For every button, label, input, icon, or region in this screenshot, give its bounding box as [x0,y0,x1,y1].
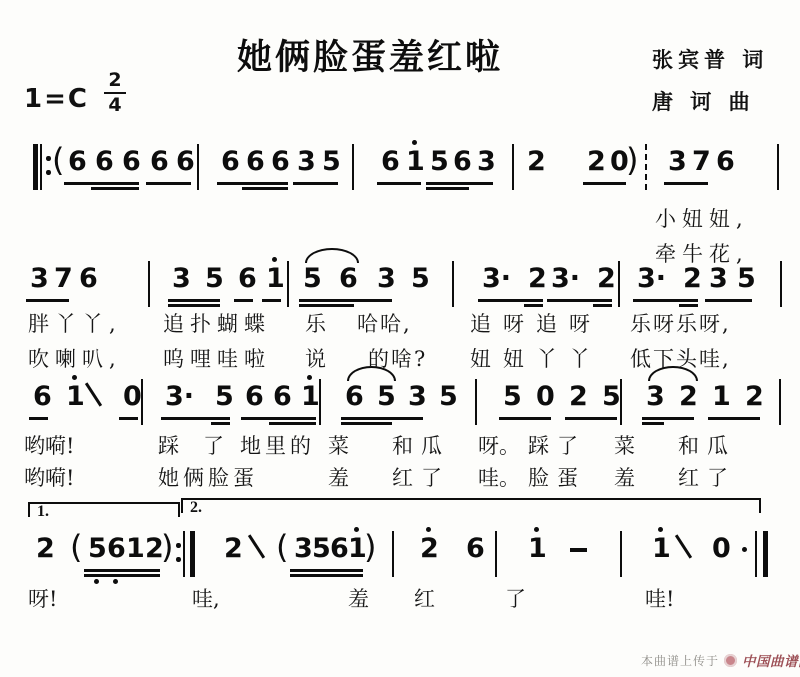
beam-line [290,574,363,577]
note: 6 [466,535,485,562]
barline-bar [287,261,289,307]
credit-composer: 唐 诃 曲 [652,86,755,116]
score-page: 她俩脸蛋羞红啦 张宾普 词 唐 诃 曲 1=C 2 4 (66666666356… [0,0,800,677]
volta-label: 1. [37,503,49,521]
lyric-text: 羞 [614,462,635,492]
note: 7 [692,148,711,175]
beam-line [161,417,230,420]
note: 2 [587,148,606,175]
beam-line [84,574,160,577]
note: 0 [123,383,142,410]
lyric-text: 呀。 [478,430,520,460]
lyric-text: 妞妞丫丫 [470,343,602,373]
note: 3 [294,535,313,562]
note: 6 [381,148,400,175]
note: 5 [322,148,341,175]
beam-line [29,417,48,420]
parenthesis: ) [161,531,173,563]
note: 3· [637,265,666,292]
beam-line [119,417,138,420]
parenthesis: ( [52,144,64,176]
lyric-text: 地里的 [240,430,315,460]
barline-rstart [33,144,38,190]
site-logo-icon [724,654,737,667]
note: 5 [215,383,234,410]
note: 2 [528,265,547,292]
note: 6 [68,148,87,175]
note: 3 [172,265,191,292]
note: 5 [439,383,458,410]
note: 2 [36,535,55,562]
beam-line [547,299,612,302]
note: 3 [408,383,427,410]
note: 2 [679,383,698,410]
beam-line [499,417,551,420]
glissando-mark [675,534,692,558]
lyric-text: 哇! [645,583,674,613]
beam-line [293,182,338,185]
lyric-text: 羞 [328,462,349,492]
note: 3 [297,148,316,175]
barline-rend [190,531,195,577]
note: 2 [597,265,616,292]
beam-line [664,182,708,185]
note: 6 [176,148,195,175]
glissando-mark [248,534,265,558]
lyric-text: 追扑蝴蝶 [163,308,271,338]
beam-line [633,299,698,302]
lyric-text: 哈哈, [357,308,412,338]
parenthesis: ( [276,531,288,563]
barline-bar [452,261,454,307]
note: 1 [66,383,85,410]
meter-numerator: 2 [102,70,128,91]
lyric-text: 吹喇叭, [28,343,122,373]
barline-bar [779,379,781,425]
note: 6 [33,383,52,410]
key-signature: 1=C [24,84,89,114]
note: 5 [303,265,322,292]
lyric-text: 红了 [678,462,736,492]
barline-bar [780,261,782,307]
beam-line [217,182,288,185]
volta-bracket: 2. [181,498,761,513]
lyric-text: 了 [505,583,526,613]
lyric-text: 的啥? [368,343,427,373]
lyric-text: 羞 [348,583,369,613]
lyric-text: 追呀追呀 [470,308,602,338]
note: 6 [453,148,472,175]
volta-bracket: 1. [28,502,180,517]
beam-line [426,182,493,185]
note: 5 [377,383,396,410]
note: 2 [527,148,546,175]
lyric-text: 红 [414,583,435,613]
note: 5 [737,265,756,292]
barline-final [763,531,768,577]
beam-line [26,299,69,302]
note: 3 [646,383,665,410]
note: 1 [652,535,671,562]
note: 6 [339,265,358,292]
site-logo-text: 中国曲谱网 [742,650,800,670]
note: 6 [345,383,364,410]
beam-line [146,182,191,185]
beam-line [168,304,220,307]
watermark-text: 本曲谱上传于 [641,652,719,669]
note: 6 [107,535,126,562]
beam-line [642,417,694,420]
beam-line [299,304,354,307]
lyric-text: 踩 [158,430,179,460]
barline-bar [512,144,514,190]
watermark: 本曲谱上传于 中国曲谱网 [641,650,800,670]
beam-line [565,417,617,420]
note: 3 [709,265,728,292]
barline-bar [618,261,620,307]
beam-line [679,304,698,307]
beam-line [91,187,139,190]
note: 7 [54,265,73,292]
barline-bar [495,531,497,577]
beam-line [168,299,220,302]
lyric-text: 呀! [28,583,57,613]
note: 6 [150,148,169,175]
lyric-text: 哟嗬! [24,430,74,460]
glissando-mark [85,382,102,406]
lyric-text: 牵牛花, [655,238,749,268]
lyric-text: 了 [203,430,224,460]
note: 6 [122,148,141,175]
beam-line [705,299,752,302]
note: 6 [330,535,349,562]
note: 1 [712,383,731,410]
note: 5 [411,265,430,292]
note: 5 [602,383,621,410]
note: 1 [266,265,285,292]
barline-dashed [645,144,647,190]
note: 6 [271,148,290,175]
lyric-text: 和瓜 [392,430,450,460]
lyric-text: 菜 [328,430,349,460]
note: 6 [95,148,114,175]
lyric-text: 呜哩哇啦 [163,343,271,373]
note: 2 [224,535,243,562]
note: 3· [482,265,511,292]
parenthesis: ) [626,144,638,176]
barline-bar [777,144,779,190]
note: 1 [406,148,425,175]
lyric-text: 低下头哇, [630,343,731,373]
note: 0 [712,535,731,562]
duration-dash [570,548,587,552]
note: 5 [88,535,107,562]
beam-line [377,182,421,185]
note: 6 [716,148,735,175]
barline-bar [620,531,622,577]
note: 3 [377,265,396,292]
lyric-text: 踩了 [528,430,586,460]
lyric-text: 哇。 [478,462,520,492]
beam-line [341,422,392,425]
note: 5 [312,535,331,562]
volta-label: 2. [190,499,202,517]
lyric-text: 脸蛋 [528,462,586,492]
note: 1 [301,383,320,410]
barline-bar [392,531,394,577]
lyric-text: 哟嗬! [24,462,74,492]
note: 3· [165,383,194,410]
lyric-text: 和瓜 [678,430,736,460]
beam-line [708,417,760,420]
beam-line [64,182,139,185]
beam-line [426,187,469,190]
note: 3 [668,148,687,175]
note: 2 [569,383,588,410]
beam-line [593,304,612,307]
barline-bar [475,379,477,425]
note: 0 [536,383,555,410]
note: 6 [221,148,240,175]
barline-bar [197,144,199,190]
beam-line [524,304,543,307]
lyric-text: 她俩脸蛋 [158,462,258,492]
barline-bar [352,144,354,190]
beam-line [290,569,363,572]
beam-line [478,299,543,302]
beam-line [234,299,253,302]
note: 2 [745,383,764,410]
credit-lyricist: 张宾普 词 [652,44,768,74]
beam-line [299,299,392,302]
note: 6 [246,148,265,175]
dot-mark [742,547,747,552]
time-signature: 2 4 [102,70,128,116]
lyric-text: 小妞妞, [655,203,749,233]
beam-line [242,187,288,190]
note: 1 [126,535,145,562]
beam-line [84,569,160,572]
meter-denominator: 4 [102,95,128,116]
beam-line [341,417,423,420]
note: 1 [528,535,547,562]
lyric-text: 菜 [614,430,635,460]
beam-line [262,299,281,302]
parenthesis: ( [70,531,82,563]
note: 5 [205,265,224,292]
note: 6 [273,383,292,410]
parenthesis: ) [364,531,376,563]
beam-line [269,422,316,425]
note: 6 [79,265,98,292]
lyric-text: 胖丫丫, [28,308,122,338]
note: 2 [420,535,439,562]
lyric-text: 红了 [392,462,450,492]
note: 6 [238,265,257,292]
lyric-text: 哇, [192,583,220,613]
beam-line [642,422,664,425]
note: 5 [430,148,449,175]
note: 3 [477,148,496,175]
lyric-text: 说 [305,343,326,373]
lyric-text: 乐 [305,308,326,338]
beam-line [211,422,230,425]
beam-line [583,182,626,185]
note: 6 [245,383,264,410]
note: 3 [30,265,49,292]
lyric-text: 乐呀乐呀, [630,308,731,338]
note: 5 [503,383,522,410]
beam-line [241,417,316,420]
note: 2 [683,265,702,292]
note: 3· [551,265,580,292]
barline-bar [148,261,150,307]
slur-arc [305,248,359,263]
